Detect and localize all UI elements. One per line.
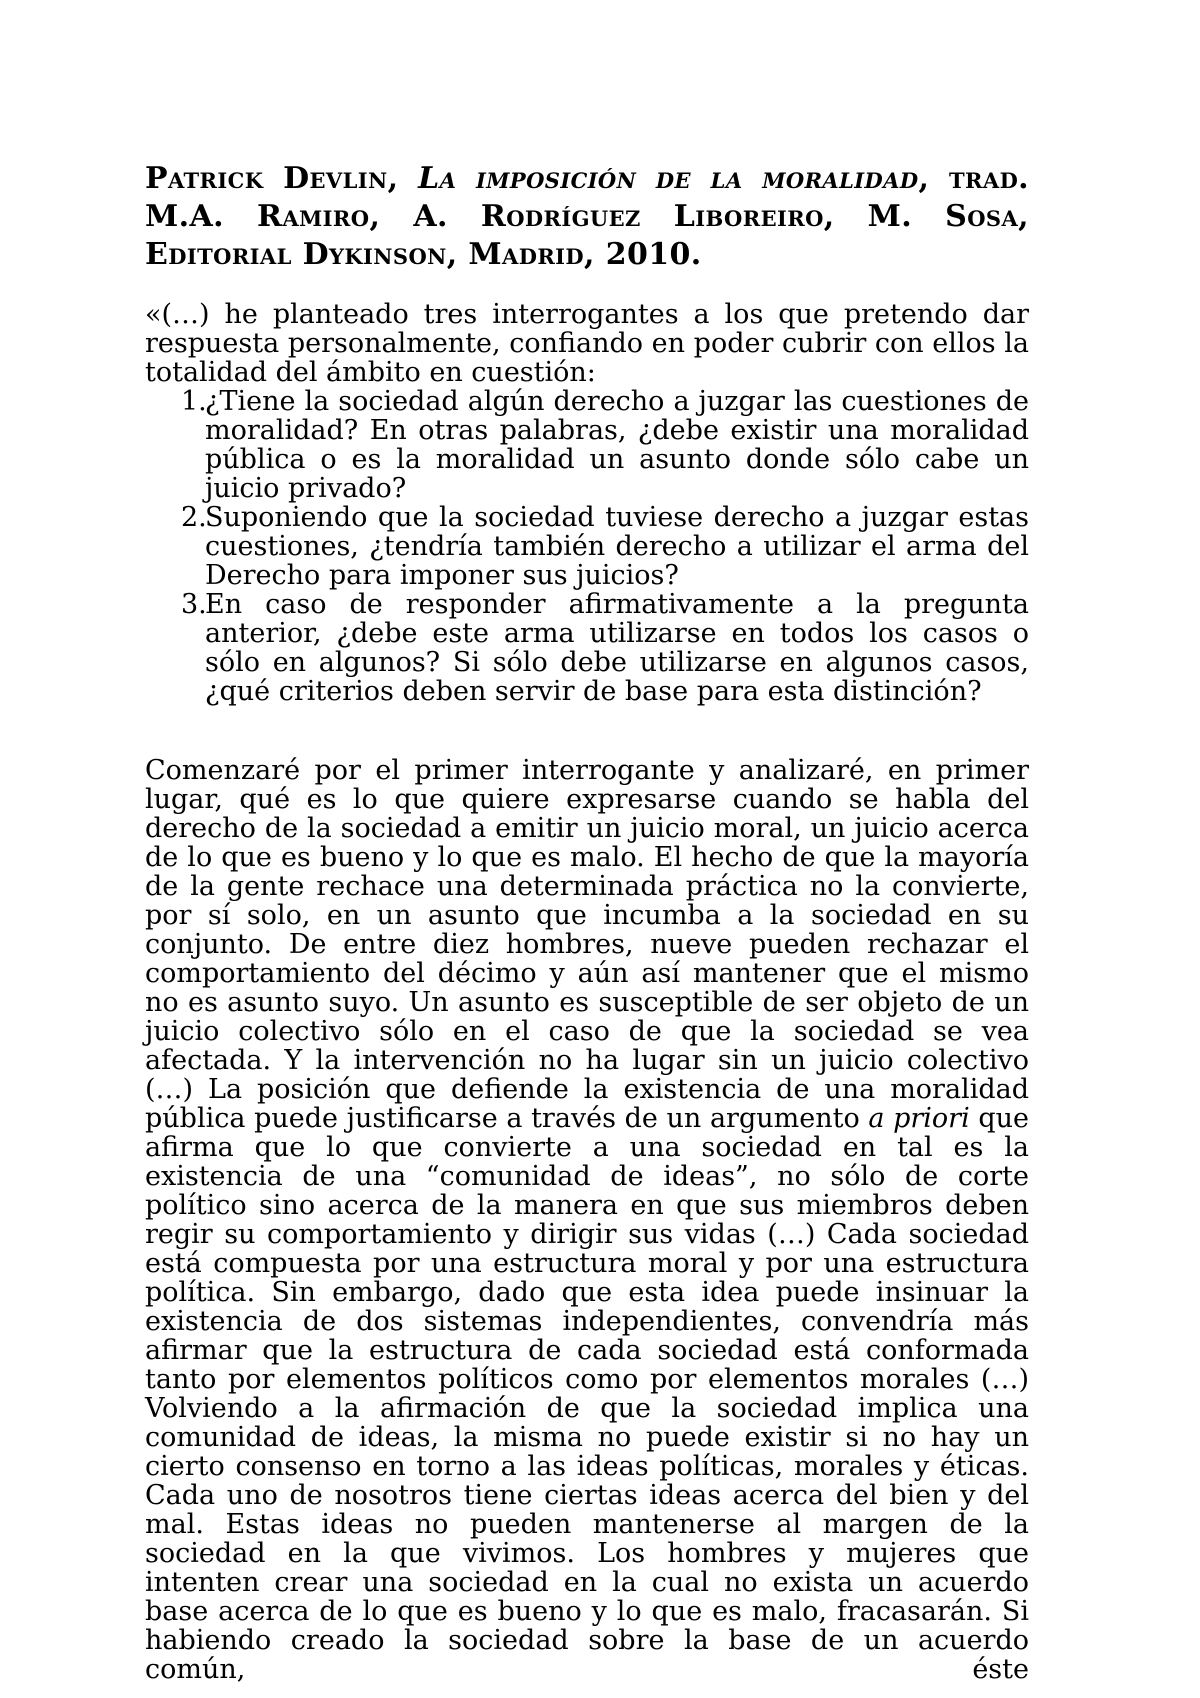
main-paragraph-part-2: que afirma que lo que convierte a una so…	[145, 1103, 1029, 1685]
questions-list: 1.¿Tiene la sociedad algún derecho a juz…	[145, 387, 1029, 706]
question-text-2: Suponiendo que la sociedad tuviese derec…	[205, 502, 1029, 591]
reference-author: Patrick Devlin,	[145, 161, 418, 196]
main-paragraph-part-1: Comenzaré por el primer interrogante y a…	[145, 755, 1029, 1134]
question-item-3: 3.En caso de responder afirmativamente a…	[145, 590, 1029, 706]
main-paragraph-italic-phrase: a priori	[868, 1103, 969, 1134]
bibliographic-reference: Patrick Devlin, La imposición de la mora…	[145, 160, 1029, 274]
question-number-1: 1.	[181, 387, 207, 416]
question-text-3: En caso de responder afirmativamente a l…	[205, 589, 1029, 707]
question-text-1: ¿Tiene la sociedad algún derecho a juzga…	[205, 386, 1029, 504]
document-page: Patrick Devlin, La imposición de la mora…	[145, 160, 1029, 1684]
question-number-2: 2.	[181, 503, 207, 532]
question-item-1: 1.¿Tiene la sociedad algún derecho a juz…	[145, 387, 1029, 503]
question-number-3: 3.	[181, 590, 207, 619]
quote-intro-paragraph: «(…) he planteado tres interrogantes a l…	[145, 300, 1029, 387]
reference-title: La imposición de la moralidad	[418, 161, 918, 196]
main-paragraph: Comenzaré por el primer interrogante y a…	[145, 756, 1029, 1684]
question-item-2: 2.Suponiendo que la sociedad tuviese der…	[145, 503, 1029, 590]
